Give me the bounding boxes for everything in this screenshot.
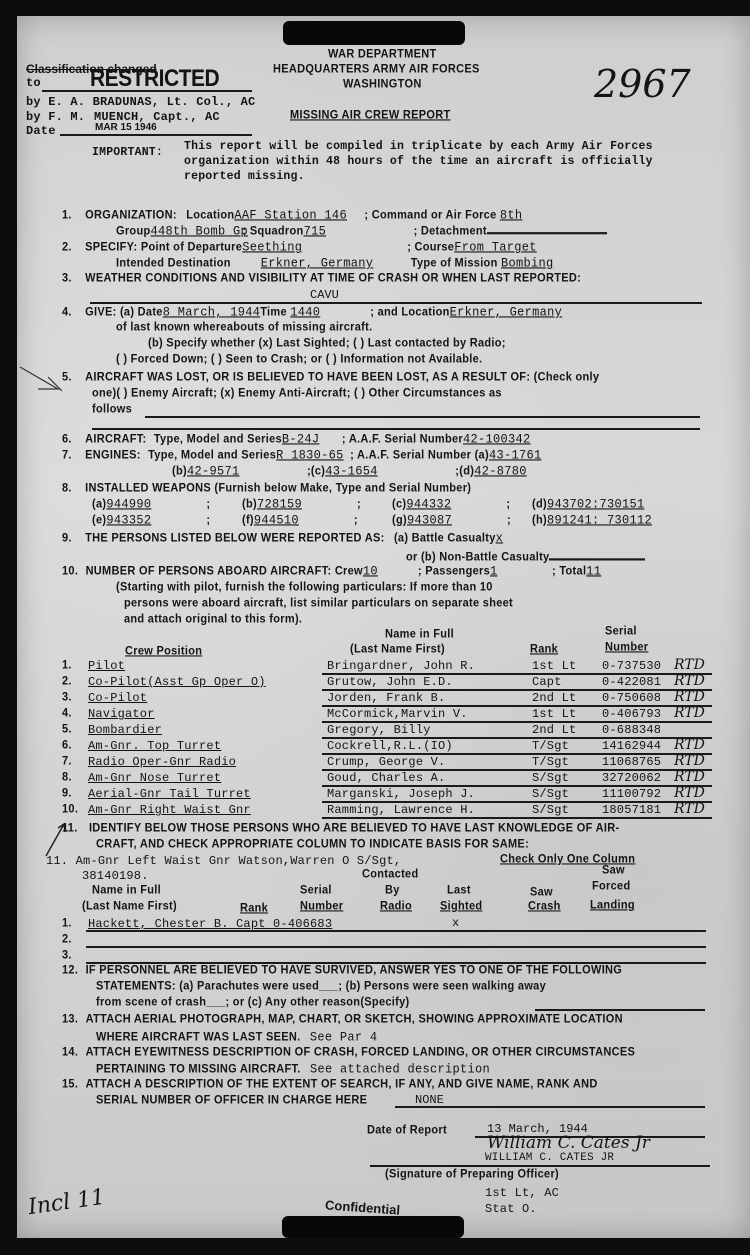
crew-position-cell: Radio Oper-Gnr Radio [88,755,236,769]
crew-rtd-note: RTD [674,753,705,769]
crew-rank-cell: T/Sgt [532,755,569,769]
crew-row-number: 9. [62,786,72,799]
engine-b-field[interactable]: 42-9571 [187,463,307,478]
kh-by: By [385,883,400,896]
item-13: 13. ATTACH AERIAL PHOTOGRAPH, MAP, CHART… [62,1012,623,1025]
crew-row-number: 4. [62,706,72,719]
table-row: 5.BombardierGregory, Billy2nd Lt0-688348 [62,723,742,739]
crew-position-cell: Bombardier [88,723,162,737]
crew-serial-cell: 18057181 [602,803,661,817]
crew-position-cell: Co-Pilot(Asst Gp Oper O) [88,675,266,689]
handwritten-signature: William C. Cates Jr [487,1133,650,1153]
classification-by1: by E. A. BRADUNAS, Lt. Col., AC [26,95,255,109]
crew-row-number: 2. [62,674,72,687]
report-number-handwritten: 2967 [594,62,691,106]
engine-a-field[interactable]: 43-1761 [489,447,579,462]
knowledge-person-field[interactable]: Hackett, Chester B. Capt 0-406683 [88,917,332,931]
crew-header-position: Crew Position [125,644,202,657]
kh-crash: Crash [528,899,561,912]
item-7-row-2: (b)42-9571;(c)43-1654;(d)42-8780 [172,463,654,478]
redaction-top [283,21,465,45]
date-field[interactable]: 8 March, 1944 [163,304,261,319]
item-10: 10. NUMBER OF PERSONS ABOARD AIRCRAFT: C… [62,563,636,578]
redaction-bottom [282,1216,464,1238]
item-12-line-2: STATEMENTS: (a) Parachutes were used___;… [96,979,546,992]
weapon-serial-field[interactable]: 943087 [407,512,507,527]
last-location-field[interactable]: Erkner, Germany [450,304,600,319]
destination-field[interactable]: Erkner, Germany [261,255,411,270]
knowledge-row: 1.Hackett, Chester B. Capt 0-406683x [62,916,712,932]
table-row: 3.Co-PilotJorden, Frank B.2nd Lt0-750608… [62,691,742,707]
classification-by2-prefix: by F. M. [26,110,85,124]
weapon-f: (f)944510; [242,512,358,527]
aircraft-type-field[interactable]: B-24J [282,431,342,446]
page-title: MISSING AIR CREW REPORT [290,108,451,121]
crew-position-cell: Am-Gnr. Top Turret [88,739,221,753]
crew-header-name: (Last Name First) [350,642,445,655]
departure-field[interactable]: Seething [242,239,407,254]
item-15: 15. ATTACH A DESCRIPTION OF THE EXTENT O… [62,1077,598,1090]
crew-row-number: 10. [62,802,78,815]
item-15-line-2: SERIAL NUMBER OF OFFICER IN CHARGE HERE [96,1093,367,1106]
crew-name-cell: Ramming, Lawrence H. [327,803,475,817]
classification-date-label: Date [26,124,56,138]
crew-serial-cell: 0-422081 [602,675,661,689]
group-field[interactable]: 448th Bomb Gp [151,223,243,238]
handwritten-arrow-icon [18,365,68,395]
table-row: 2.Co-Pilot(Asst Gp Oper O)Grutow, John E… [62,675,742,691]
weapon-b: (b)728159; [242,496,361,511]
item-1: 1. ORGANIZATION: LocationAAF Station 146… [62,207,570,222]
officer-rank: 1st Lt, AC [485,1186,559,1200]
total-count-field[interactable]: 11 [586,563,636,578]
knowledge-row: 2. [62,932,712,948]
item-15-value[interactable]: NONE [415,1093,444,1107]
weapon-serial-field[interactable]: 728159 [257,496,357,511]
crew-name-cell: Jorden, Frank B. [327,691,445,705]
crew-rank-cell: S/Sgt [532,787,569,801]
item-9: 9. THE PERSONS LISTED BELOW WERE REPORTE… [62,530,596,545]
important-text-3: reported missing. [184,170,305,183]
knowledge-row-number: 3. [62,948,72,961]
signature-label: (Signature of Preparing Officer) [385,1167,559,1180]
header-hq: HEADQUARTERS ARMY AIR FORCES [273,62,480,75]
crew-row-number: 8. [62,770,72,783]
crew-rtd-note: RTD [674,801,705,817]
crew-serial-cell: 0-406793 [602,707,661,721]
crew-position-cell: Am-Gnr Right Waist Gnr [88,803,251,817]
crew-rank-cell: S/Sgt [532,771,569,785]
crew-header-name-top: Name in Full [385,627,454,640]
crew-header-rank: Rank [530,642,558,655]
item-13-line-2: WHERE AIRCRAFT WAS LAST SEEN. See Par 4 [96,1029,377,1044]
time-field[interactable]: 1440 [290,304,370,319]
crew-name-cell: Bringardner, John R. [327,659,475,673]
weapon-serial-field[interactable]: 944990 [106,496,206,511]
item-14-line-2: PERTAINING TO MISSING AIRCRAFT. See atta… [96,1061,490,1076]
item-2: 2. SPECIFY: Point of DepartureSeething; … [62,239,574,254]
crew-rtd-note: RTD [674,673,705,689]
item-11-extra: 11. Am-Gnr Left Waist Gnr Watson,Warren … [46,854,401,868]
kh-name-top: Name in Full [92,883,161,896]
item-13-value[interactable]: See Par 4 [310,1029,378,1044]
weapon-c: (c)944332; [392,496,510,511]
knowledge-row-number: 1. [62,916,72,929]
weapon-serial-field[interactable]: 943702:730151 [547,496,707,511]
crew-rank-cell: 1st Lt [532,659,576,673]
crew-position-cell: Pilot [88,659,125,673]
item-4-line-2: of last known whereabouts of missing air… [116,320,372,333]
crew-row-number: 6. [62,738,72,751]
weapon-d: (d)943702:730151 [532,496,707,511]
officer-title: Stat O. [485,1202,537,1216]
crew-serial-cell: 0-737530 [602,659,661,673]
table-row: 9.Aerial-Gnr Tail TurretMarganski, Josep… [62,787,742,803]
crew-row-number: 3. [62,690,72,703]
crew-name-cell: Marganski, Joseph J. [327,787,475,801]
item-11: 11. IDENTIFY BELOW THOSE PERSONS WHO ARE… [62,821,619,834]
kh-last: Last [447,883,471,896]
crew-serial-cell: 0-688348 [602,723,661,737]
item-11-extra-serial: 38140198. [82,869,149,883]
item-10-note-2: persons were aboard aircraft, list simil… [124,596,513,609]
crew-header-serial: Number [605,640,648,653]
engine-type-field[interactable]: R 1830-65 [276,447,350,462]
weapon-serial-field[interactable]: 891241: 730112 [547,512,707,527]
typed-officer-name: WILLIAM C. CATES JR [485,1152,614,1164]
item-14-value[interactable]: See attached description [310,1061,490,1076]
table-row: 6.Am-Gnr. Top TurretCockrell,R.L.(IO)T/S… [62,739,742,755]
table-row: 7.Radio Oper-Gnr RadioCrump, George V.T/… [62,755,742,771]
crew-serial-cell: 0-750608 [602,691,661,705]
crew-serial-cell: 14162944 [602,739,661,753]
header-department: WAR DEPARTMENT [328,47,437,60]
item-4: 4. GIVE: (a) Date8 March, 1944Time 1440;… [62,304,600,319]
detachment-field[interactable] [487,232,607,234]
item-4-line-3: (b) Specify whether (x) Last Sighted; ( … [148,336,506,349]
mission-field[interactable]: Bombing [501,255,631,270]
crew-rank-cell: Capt [532,675,562,689]
item-1-row-2: Group448th Bomb Gp; Squadron715; Detachm… [116,223,607,238]
squadron-field[interactable]: 715 [304,223,414,238]
non-battle-casualty-field[interactable] [549,546,645,560]
item-5: 5. AIRCRAFT WAS LOST, OR IS BELIEVED TO … [62,370,599,383]
kh-serial: Number [300,899,343,912]
crew-name-cell: Cockrell,R.L.(IO) [327,739,453,753]
item-5-line-3: follows [92,402,132,415]
crew-rtd-note: RTD [674,705,705,721]
item-10-note-3: and attach original to this form). [124,612,302,625]
engine-c-field[interactable]: 43-1654 [325,463,455,478]
crew-header-serial-top: Serial [605,624,637,637]
crew-rtd-note: RTD [674,737,705,753]
crew-serial-cell: 11068765 [602,755,661,769]
passengers-count-field[interactable]: 1 [490,563,552,578]
engine-d-field[interactable]: 42-8780 [474,463,654,478]
item-6: 6. AIRCRAFT: Type, Model and SeriesB-24J… [62,431,583,446]
kh-name: (Last Name First) [82,899,177,912]
crew-rtd-note: RTD [674,785,705,801]
kh-serial-top: Serial [300,883,332,896]
item-12: 12. IF PERSONNEL ARE BELIEVED TO HAVE SU… [62,963,622,976]
table-row: 10.Am-Gnr Right Waist GnrRamming, Lawren… [62,803,742,819]
crew-row-number: 1. [62,658,72,671]
course-field[interactable]: From Target [454,239,574,254]
kh-sighted: Sighted [440,899,482,912]
weather-field[interactable]: CAVU [310,288,339,302]
item-8: 8. INSTALLED WEAPONS (Furnish below Make… [62,481,471,494]
weapon-serial-field[interactable]: 944332 [406,496,506,511]
crew-rtd-note: RTD [674,657,705,673]
crew-serial-cell: 32720062 [602,771,661,785]
crew-name-cell: Crump, George V. [327,755,445,769]
header-city: WASHINGTON [343,77,422,90]
item-12-line-3: from scene of crash___; or (c) Any other… [96,995,409,1008]
kh-saw-forced-top: Saw [602,863,625,876]
item-14: 14. ATTACH EYEWITNESS DESCRIPTION OF CRA… [62,1045,635,1058]
crew-rank-cell: 2nd Lt [532,723,576,737]
crew-position-cell: Navigator [88,707,155,721]
crew-rank-cell: S/Sgt [532,803,569,817]
crew-serial-cell: 11100792 [602,787,661,801]
item-3: 3. WEATHER CONDITIONS AND VISIBILITY AT … [62,271,581,284]
item-5-line-2: one)( ) Enemy Aircraft; (x) Enemy Anti-A… [92,386,502,399]
crew-name-cell: Gregory, Billy [327,723,431,737]
item-4-line-4: ( ) Forced Down; ( ) Seen to Crash; or (… [116,352,482,365]
crew-position-cell: Co-Pilot [88,691,147,705]
crew-position-cell: Aerial-Gnr Tail Turret [88,787,251,801]
kh-saw: Saw [530,885,553,898]
item-11-line-2: CRAFT, AND CHECK APPROPRIATE COLUMN TO I… [96,837,529,850]
crew-rank-cell: 1st Lt [532,707,576,721]
date-of-report-label: Date of Report [367,1123,447,1136]
item-9-b: or (b) Non-Battle Casualty [406,546,645,564]
crew-rtd-note: RTD [674,769,705,785]
weapon-e: (e)943352; [92,512,210,527]
classification-date-stamp: MAR 15 1946 [95,122,157,133]
important-label: IMPORTANT: [92,146,163,159]
table-row: 4.NavigatorMcCormick,Marvin V.1st Lt0-40… [62,707,742,723]
crew-name-cell: McCormick,Marvin V. [327,707,468,721]
knowledge-row-number: 2. [62,932,72,945]
weapon-serial-field[interactable]: 943352 [106,512,206,527]
crew-rank-cell: T/Sgt [532,739,569,753]
kh-forced-landing: Landing [590,898,635,911]
battle-casualty-field[interactable]: x [496,530,596,545]
command-field[interactable]: 8th [500,207,570,222]
item-2-row-2: Intended DestinationErkner, GermanyType … [116,255,631,270]
item-7: 7. ENGINES: Type, Model and SeriesR 1830… [62,447,579,462]
table-row: 1.PilotBringardner, John R.1st Lt0-73753… [62,659,742,675]
crew-name-cell: Goud, Charles A. [327,771,445,785]
kh-radio: Radio [380,899,412,912]
kh-forced: Forced [592,879,630,892]
last-sighted-check[interactable]: x [452,916,459,930]
crew-name-cell: Grutow, John E.D. [327,675,453,689]
kh-contacted: Contacted [362,867,418,880]
crew-rank-cell: 2nd Lt [532,691,576,705]
kh-rank: Rank [240,901,268,914]
table-row: 8.Am-Gnr Nose TurretGoud, Charles A.S/Sg… [62,771,742,787]
knowledge-row: 3. [62,948,712,964]
location-field[interactable]: AAF Station 146 [234,207,364,222]
crew-row-number: 5. [62,722,72,735]
important-text-2: organization within 48 hours of the time… [184,155,653,168]
weapon-serial-field[interactable]: 944510 [254,512,354,527]
classification-to-label: to [26,76,41,90]
crew-rtd-note: RTD [674,689,705,705]
crew-count-field[interactable]: 10 [363,563,418,578]
classification-restricted-stamp: RESTRICTED [90,65,219,93]
weapon-h: (h)891241: 730112 [532,512,707,527]
weapon-a: (a)944990; [92,496,210,511]
item-10-note-1: (Starting with pilot, furnish the follow… [116,580,493,593]
crew-row-number: 7. [62,754,72,767]
weapon-g: (g)943087; [392,512,511,527]
crew-position-cell: Am-Gnr Nose Turret [88,771,221,785]
important-text-1: This report will be compiled in triplica… [184,140,653,153]
aircraft-serial-field[interactable]: 42-100342 [463,431,583,446]
